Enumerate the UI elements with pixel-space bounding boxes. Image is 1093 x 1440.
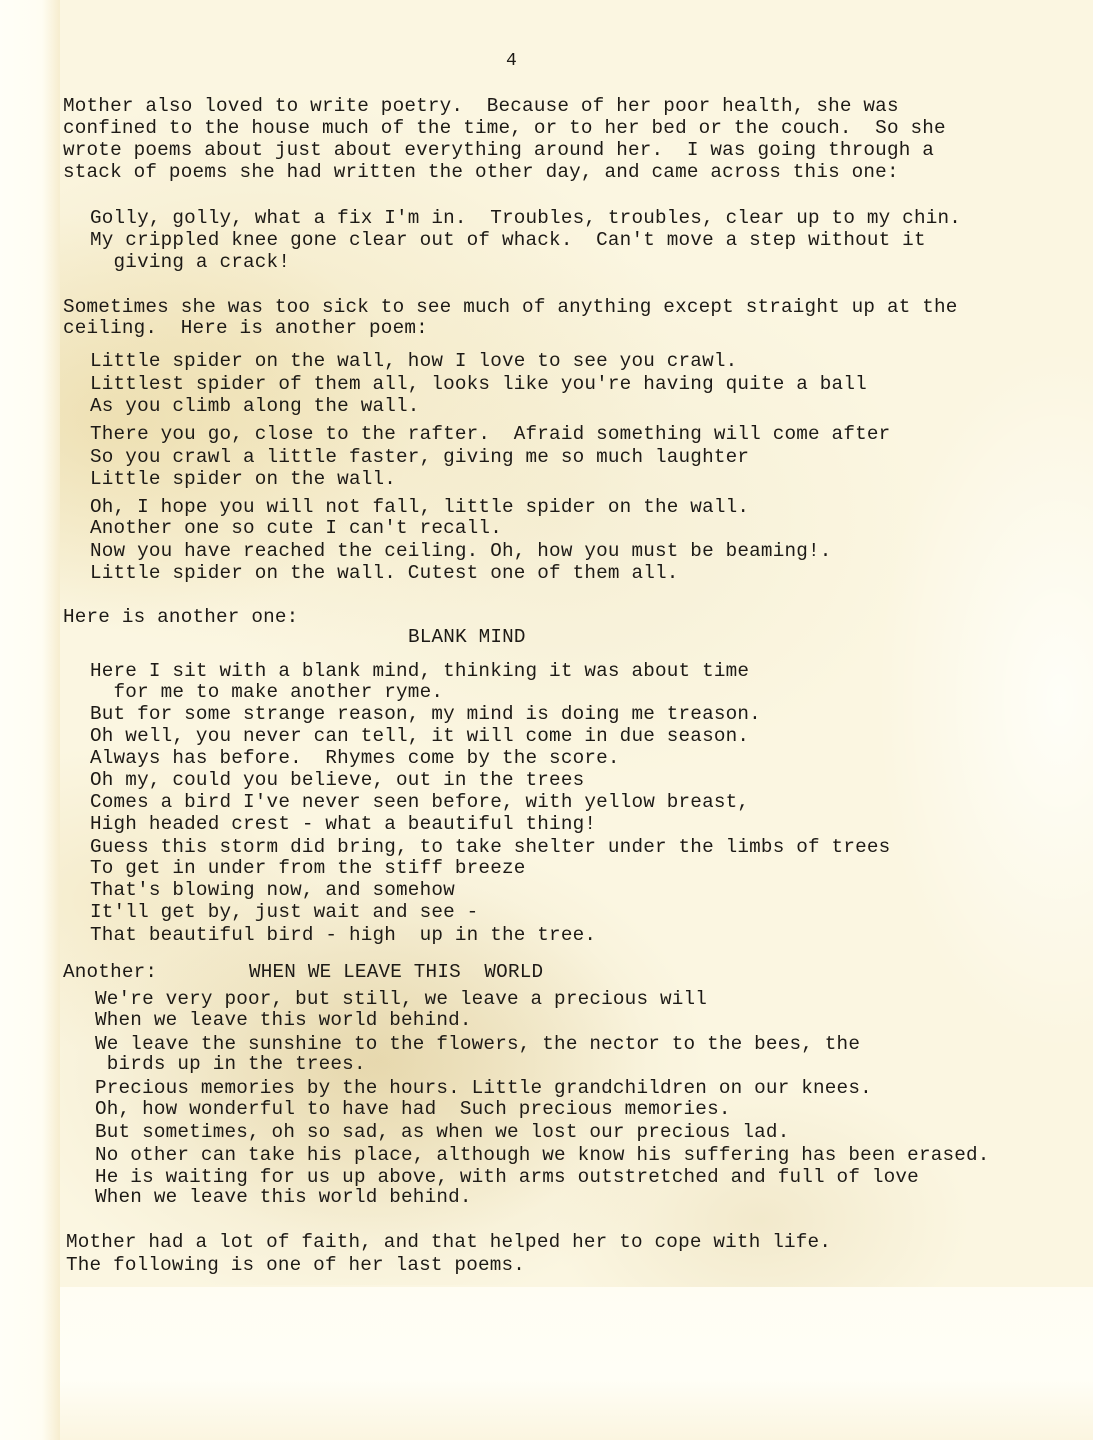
closing-line: Mother had a lot of faith, and that help… [66,1231,831,1253]
intro-line: confined to the house much of the time, … [63,117,946,139]
poem-spider-line: So you crawl a little faster, giving me … [90,446,749,468]
spider-intro-line: Sometimes she was too sick to see much o… [63,296,958,318]
poem-world-line: But sometimes, oh so sad, as when we los… [95,1121,789,1143]
poem-blank-mind-line: Oh well, you never can tell, it will com… [90,725,749,747]
poem-spider-line: Oh, I hope you will not fall, little spi… [90,496,749,518]
world-intro: Another: [63,961,157,983]
poem-blank-mind-line: Oh my, could you believe, out in the tre… [90,769,584,791]
poem-world-line: Oh, how wonderful to have had Such preci… [95,1098,731,1120]
poem-blank-mind-line: It'll get by, just wait and see - [90,901,478,923]
poem-blank-mind-line: Guess this storm did bring, to take shel… [90,836,890,858]
poem-blank-mind-line: Always has before. Rhymes come by the sc… [90,747,620,769]
paper-blank-lower-area [60,1287,1093,1440]
poem-blank-mind-line: High headed crest - what a beautiful thi… [90,813,596,835]
poem-blank-mind-line: To get in under from the stiff breeze [90,857,526,879]
poem-spider-line: There you go, close to the rafter. Afrai… [90,423,890,445]
poem-blank-mind-line: Comes a bird I've never seen before, wit… [90,791,749,813]
poem-world-line: Precious memories by the hours. Little g… [95,1077,872,1099]
poem-world-line: We leave the sunshine to the flowers, th… [95,1033,860,1055]
poem-world-line: birds up in the trees. [95,1053,366,1075]
blank-mind-intro: Here is another one: [63,606,298,628]
paper-left-margin [0,0,60,1440]
poem-golly-line: giving a crack! [90,251,290,273]
poem-spider-line: Little spider on the wall. [90,468,396,490]
poem-spider-line: Littlest spider of them all, looks like … [90,373,867,395]
poem-world-line: We're very poor, but still, we leave a p… [95,988,707,1010]
poem-golly-line: My crippled knee gone clear out of whack… [90,229,926,251]
poem-spider-line: Little spider on the wall. Cutest one of… [90,562,679,584]
poem-spider-line: Another one so cute I can't recall. [90,517,502,539]
poem-blank-mind-line: That's blowing now, and somehow [90,879,455,901]
poem-blank-mind-line: for me to make another ryme. [90,681,443,703]
poem-spider-line: Now you have reached the ceiling. Oh, ho… [90,540,832,562]
poem-golly-line: Golly, golly, what a fix I'm in. Trouble… [90,207,961,229]
poem-world-line: No other can take his place, although we… [95,1144,990,1166]
poem-blank-mind-title: BLANK MIND [408,626,526,648]
poem-spider-line: As you climb along the wall. [90,395,420,417]
intro-line: stack of poems she had written the other… [63,161,899,183]
poem-blank-mind-line: Here I sit with a blank mind, thinking i… [90,660,749,682]
poem-blank-mind-line: But for some strange reason, my mind is … [90,703,761,725]
closing-line: The following is one of her last poems. [66,1254,525,1276]
poem-blank-mind-line: That beautiful bird - high up in the tre… [90,924,596,946]
intro-line: wrote poems about just about everything … [63,139,934,161]
poem-world-line: He is waiting for us up above, with arms… [95,1166,919,1188]
poem-world-line: When we leave this world behind. [95,1009,472,1031]
poem-world-line: When we leave this world behind. [95,1186,472,1208]
intro-line: Mother also loved to write poetry. Becau… [63,95,899,117]
page-number: 4 [506,50,517,72]
spider-intro-line: ceiling. Here is another poem: [63,317,428,339]
poem-world-title: WHEN WE LEAVE THIS WORLD [249,961,543,983]
poem-spider-line: Little spider on the wall, how I love to… [90,350,737,372]
